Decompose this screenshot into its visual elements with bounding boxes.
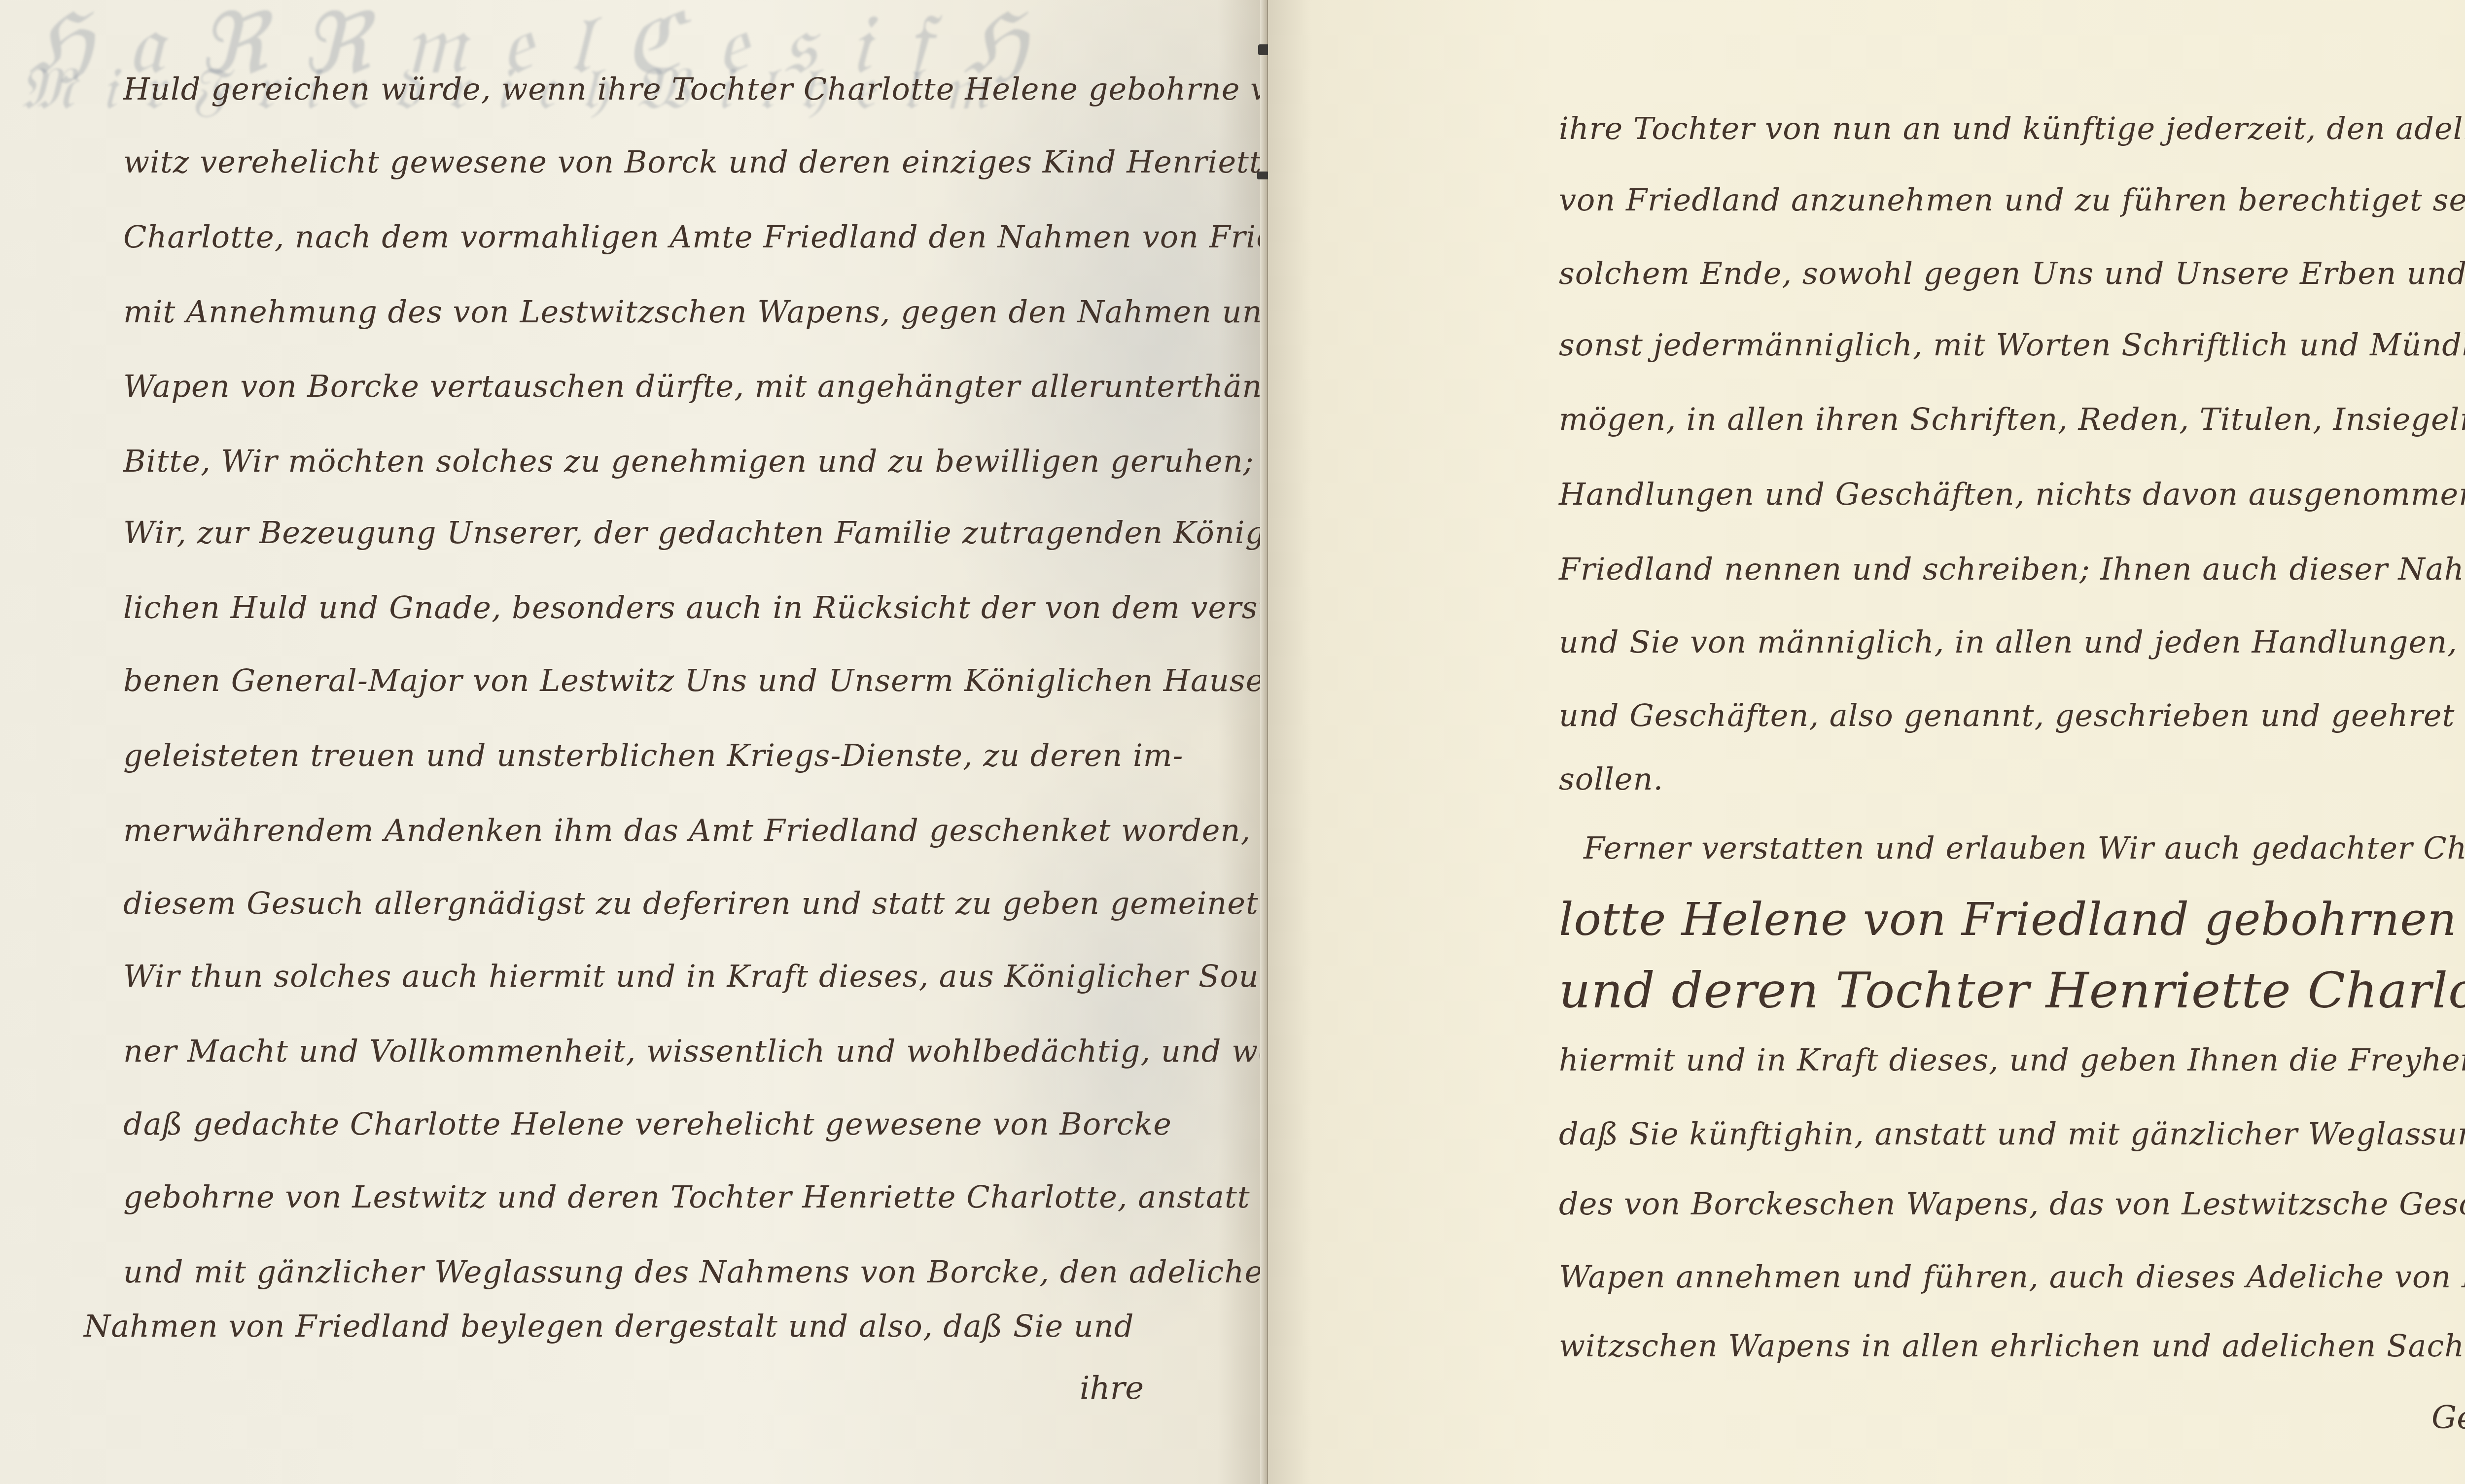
- right-page: ihre Tochter von nun an und künftige jed…: [1268, 0, 2465, 1484]
- text-line: Charlotte, nach dem vormahligen Amte Fri…: [123, 222, 1268, 252]
- text-line: benen General-Major von Lestwitz Uns und…: [123, 665, 1264, 696]
- text-line: mögen, in allen ihren Schriften, Reden, …: [1559, 404, 2465, 435]
- text-line: Handlungen und Geschäften, nichts davon …: [1559, 479, 2465, 510]
- text-line: hiermit und in Kraft dieses, und geben I…: [1559, 1045, 2465, 1075]
- text-line: Wapen annehmen und führen, auch dieses A…: [1559, 1262, 2465, 1292]
- text-line: merwährendem Andenken ihm das Amt Friedl…: [123, 815, 1251, 846]
- text-line: witzschen Wapens in allen ehrlichen und …: [1559, 1331, 2465, 1361]
- text-line: mit Annehmung des von Lestwitzschen Wape…: [123, 297, 1268, 327]
- text-line: und Geschäften, also genannt, geschriebe…: [1559, 700, 2465, 731]
- text-line: Friedland nennen und schreiben; Ihnen au…: [1559, 554, 2465, 585]
- text-line: von Friedland anzunehmen und zu führen b…: [1559, 185, 2465, 215]
- text-line: Wapen von Borcke vertauschen dürfte, mit…: [123, 371, 1268, 402]
- text-line: ner Macht und Vollkommenheit, wissentlic…: [123, 1036, 1268, 1067]
- catchword: Geschäften: [2431, 1400, 2465, 1436]
- text-line: geleisteten treuen und unsterblichen Kri…: [123, 740, 1184, 771]
- text-line: Ferner verstatten und erlauben Wir auch …: [1584, 833, 2465, 863]
- text-line: sollen.: [1559, 764, 1663, 794]
- text-line: Wir thun solches auch hiermit und in Kra…: [123, 961, 1268, 992]
- text-line: daß gedachte Charlotte Helene verehelich…: [123, 1109, 1172, 1139]
- catchword: ihre: [1080, 1370, 1144, 1407]
- text-line: und Sie von männiglich, in allen und jed…: [1559, 627, 2465, 657]
- text-line: daß Sie künftighin, anstatt und mit gänz…: [1559, 1119, 2465, 1149]
- text-line: des von Borckeschen Wapens, das von Lest…: [1559, 1189, 2465, 1219]
- left-page: ℌ 𝔞 ℜ ℜ 𝔪 𝔢 𝔩 ℭ 𝔢 𝔰 𝔦 𝔣 ℌ 𝔐 𝔦 𝔯 𝔉 𝔯 𝔦 𝔢 …: [0, 0, 1268, 1484]
- text-line: witz verehelicht gewesene von Borck und …: [123, 147, 1268, 177]
- text-line: und mit gänzlicher Weglassung des Nahmen…: [123, 1257, 1268, 1287]
- text-line: Wir, zur Bezeugung Unserer, der gedachte…: [123, 518, 1268, 548]
- text-line: gebohrne von Lestwitz und deren Tochter …: [123, 1182, 1250, 1212]
- text-line: Huld gereichen würde, wenn ihre Tochter …: [123, 74, 1268, 104]
- text-line: lichen Huld und Gnade, besonders auch in…: [123, 592, 1268, 623]
- text-line: Bitte, Wir möchten solches zu genehmigen…: [123, 446, 1254, 477]
- text-line: diesem Gesuch allergnädigst zu deferiren…: [123, 888, 1268, 919]
- text-line: sonst jedermänniglich, mit Worten Schrif…: [1559, 330, 2465, 360]
- text-line: lotte Helene von Friedland gebohrnen von…: [1559, 897, 2465, 942]
- text-line: Nahmen von Friedland beylegen dergestalt…: [84, 1311, 1134, 1342]
- manuscript-spread: ℌ 𝔞 ℜ ℜ 𝔪 𝔢 𝔩 ℭ 𝔢 𝔰 𝔦 𝔣 ℌ 𝔐 𝔦 𝔯 𝔉 𝔯 𝔦 𝔢 …: [0, 0, 2465, 1484]
- text-line: und deren Tochter Henriette Charlotte vo…: [1559, 966, 2465, 1015]
- text-line: ihre Tochter von nun an und künftige jed…: [1559, 113, 2465, 144]
- text-line: solchem Ende, sowohl gegen Uns und Unser…: [1559, 258, 2465, 289]
